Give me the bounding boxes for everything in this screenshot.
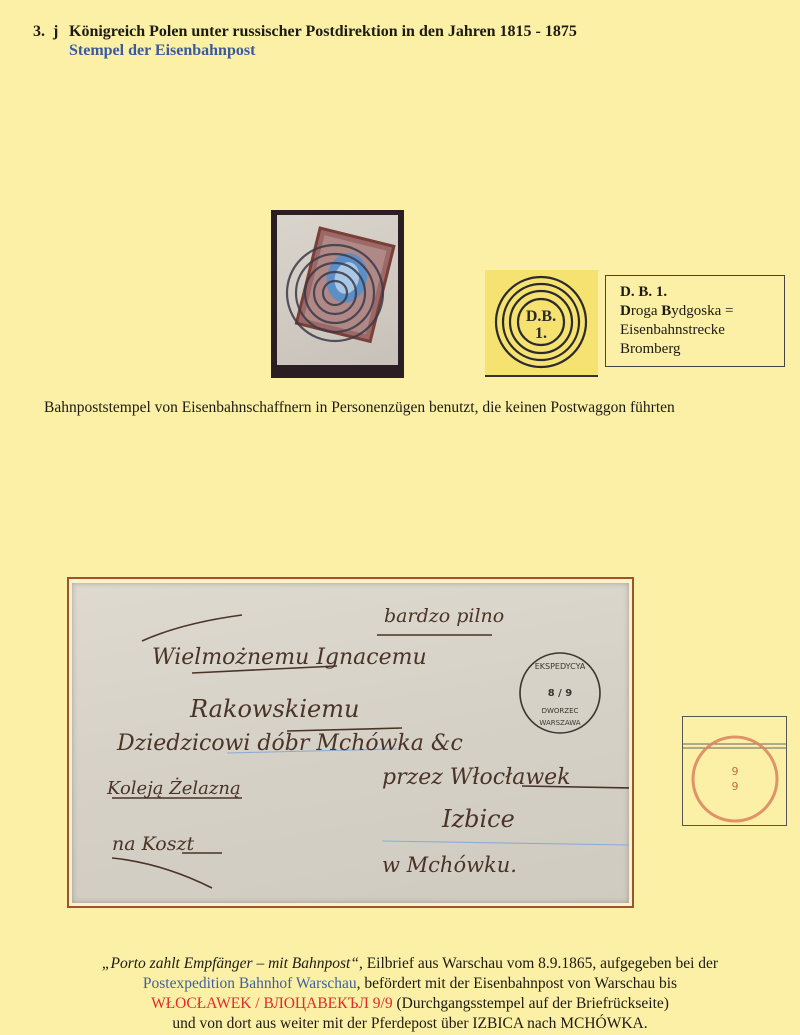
hw-line4b: przez Włocławek [382,765,571,790]
svg-text:WARSZAWA: WARSZAWA [539,719,580,727]
hw-line2: Rakowskiemu [190,695,359,723]
stamp-on-piece [277,215,398,365]
svg-text:9: 9 [732,780,739,793]
hw-line6b: w Mchówku. [382,853,517,877]
hw-line3: Dziedzicowi dóbr Mchówka &c [117,731,463,756]
envelope-cover: EKSPEDYCYA 8 / 9 DWORZEC WARSZAWA bardzo… [72,583,629,903]
section-number: 3. j [33,22,69,42]
transit-backstamp-detail: 9 9 [682,716,787,826]
hw-urgent: bardzo pilno [384,605,504,627]
section-subtitle: Stempel der Eisenbahnpost [69,42,255,60]
cancel-drawing: D.B. 1. [485,270,598,377]
caption-top: Bahnpoststempel von Eisenbahnschaffnern … [44,399,784,417]
svg-text:EKSPEDYCYA: EKSPEDYCYA [535,662,586,671]
caption-line2: Postexpedition Bahnhof Warschau, beförde… [40,974,780,994]
page-heading: 3. jKönigreich Polen unter russischer Po… [33,22,577,42]
info-line3: Eisenbahnstrecke [620,321,784,340]
svg-text:9: 9 [732,765,739,778]
info-title: D. B. 1. [620,283,784,302]
hw-line5: Izbice [442,805,515,833]
svg-text:8 / 9: 8 / 9 [548,688,573,699]
caption-bottom: „Porto zahlt Empfänger – mit Bahnpost“, … [40,954,780,1034]
cancel-line1: D.B. [526,308,556,325]
info-line2: Droga Bydgoska = [620,302,784,321]
hw-line6a: na Koszt [112,833,194,855]
hw-line4a: Koleją Żelazną [107,778,241,799]
caption-line1: „Porto zahlt Empfänger – mit Bahnpost“, … [40,954,780,974]
cancel-line2: 1. [535,325,547,342]
hw-line1: Wielmożnemu Ignacemu [152,645,427,670]
stamp-photo [271,210,404,378]
cancel-info-box: D. B. 1. Droga Bydgoska = Eisenbahnstrec… [605,275,785,367]
caption-line4: und von dort aus weiter mit der Pferdepo… [40,1014,780,1034]
info-line4: Bromberg [620,340,784,359]
svg-text:DWORZEC: DWORZEC [542,707,579,715]
caption-line3: WŁOCŁAWEK / ВЛОЦАВЕКЪЛ 9/9 (Durchgangsst… [40,994,780,1014]
section-title: Königreich Polen unter russischer Postdi… [69,23,577,40]
